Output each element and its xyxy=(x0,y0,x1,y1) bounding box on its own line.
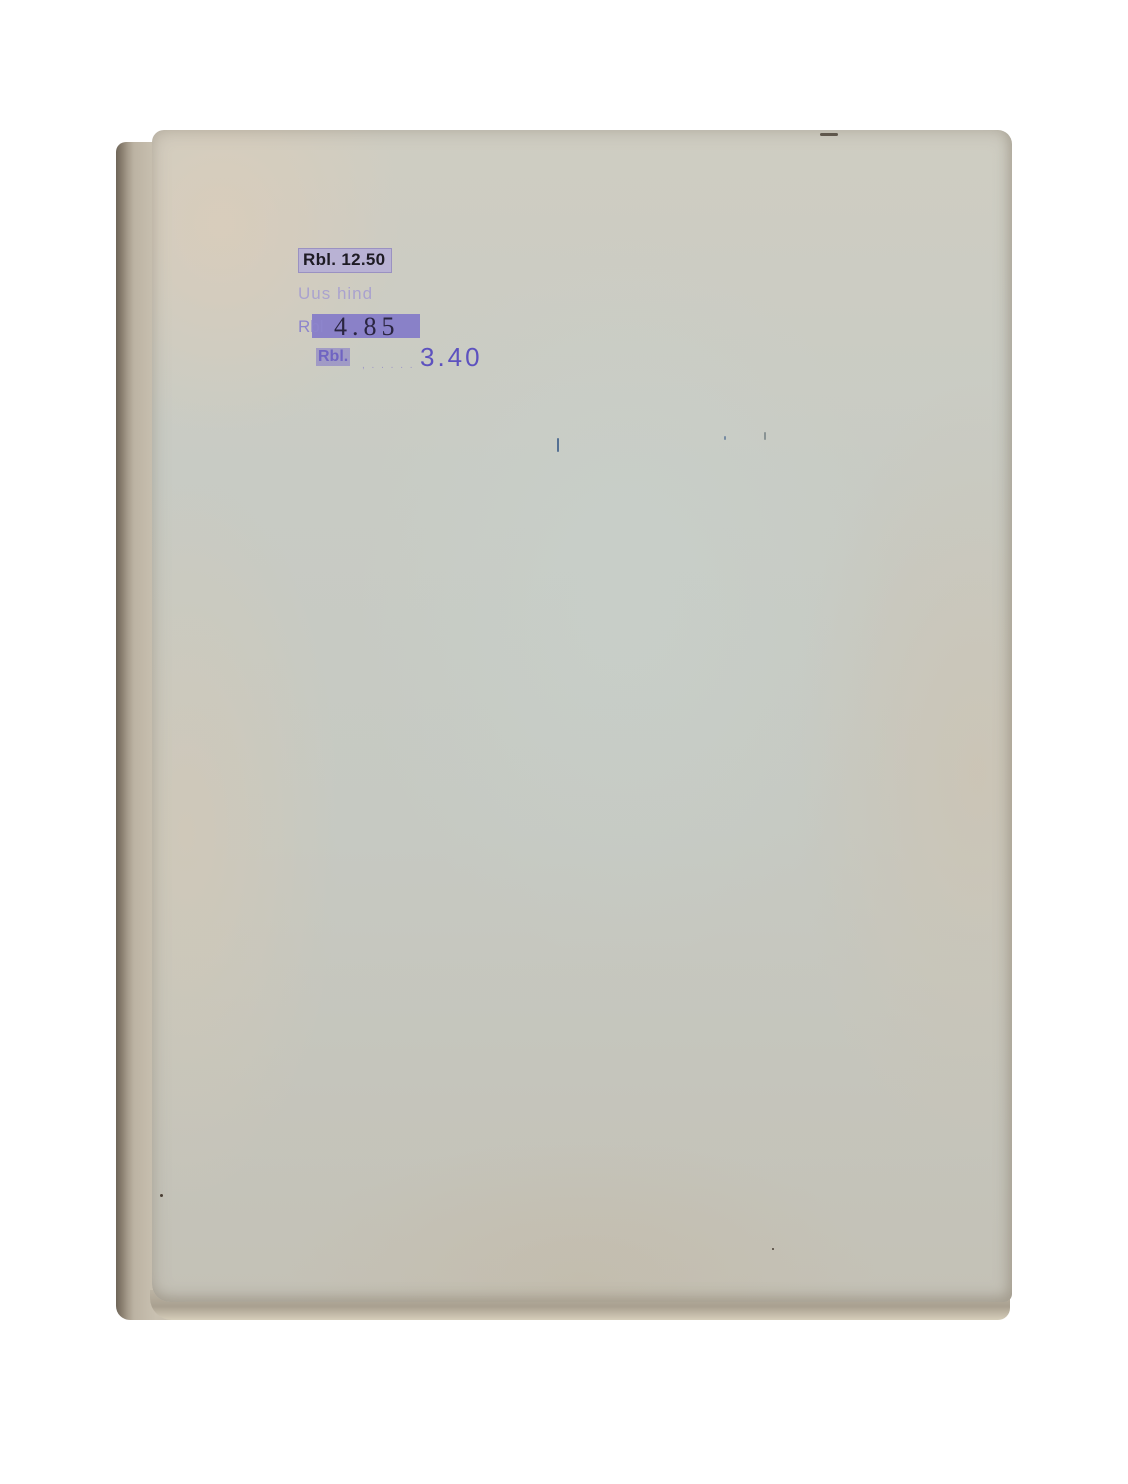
paper-fiber xyxy=(557,438,559,452)
original-price-label: Rbl. 12.50 xyxy=(298,248,392,273)
second-price-stamp: Rbl 4.85 xyxy=(298,314,420,338)
paper-speck xyxy=(820,133,838,136)
third-price-prefix: Rbl. xyxy=(316,348,350,366)
third-price-smudge: , . . . . . xyxy=(362,360,415,371)
third-price-value: 3.40 xyxy=(420,342,483,373)
price-stamps: Rbl. 12.50 Uus hind Rbl 4.85 Rbl. , . . … xyxy=(290,238,520,388)
book-cover xyxy=(152,130,1012,1302)
paper-speck xyxy=(772,1248,774,1250)
second-price-value: 4.85 xyxy=(334,312,400,342)
third-price-stamp: Rbl. , . . . . . 3.40 xyxy=(316,346,516,376)
second-price-prefix: Rbl xyxy=(298,317,324,337)
paper-fiber xyxy=(724,436,726,440)
new-price-stamp: Uus hind xyxy=(298,284,373,304)
paper-fiber xyxy=(764,432,766,440)
paper-speck xyxy=(160,1194,163,1197)
